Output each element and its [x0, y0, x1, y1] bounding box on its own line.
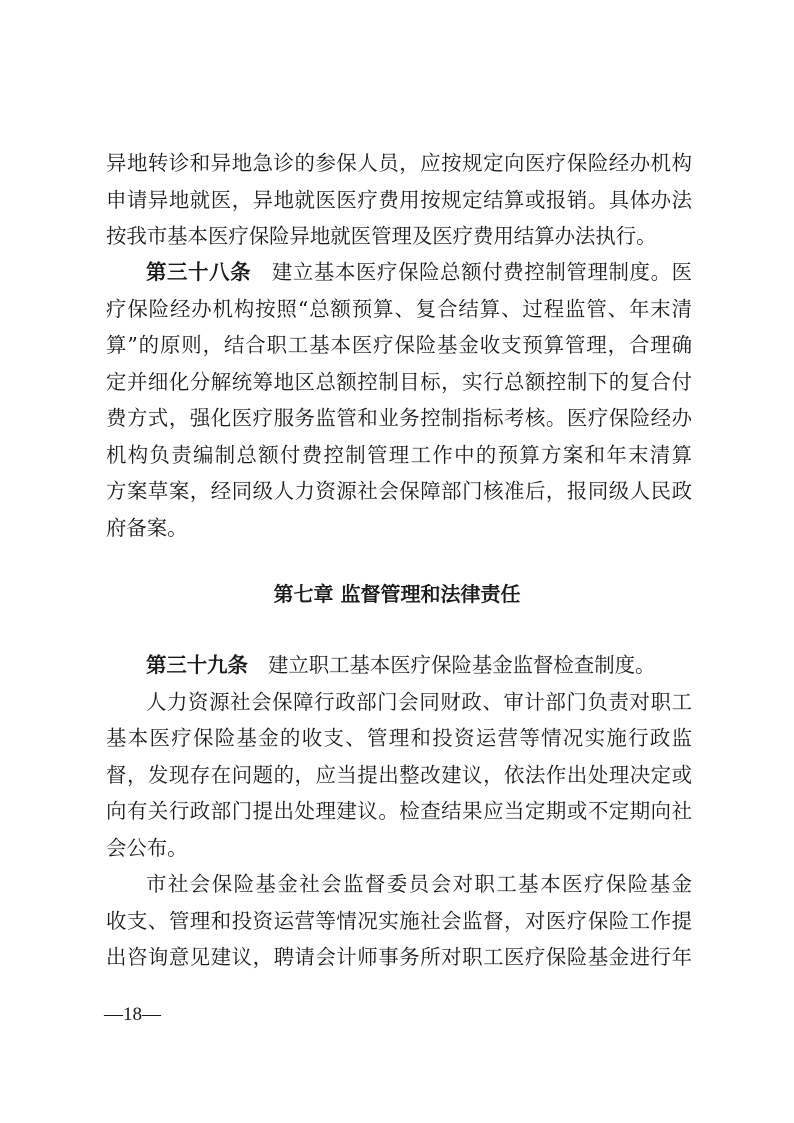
article-38-text: 建立基本医疗保险总额付费控制管理制度。医 [271, 260, 692, 284]
article-39-label: 第三十九条 [146, 653, 248, 677]
article-38-label: 第三十八条 [146, 260, 251, 284]
body-text-line: 督，发现存在问题的，应当提出整改建议，依法作出处理决定或 [106, 757, 692, 793]
document-page: 异地转诊和异地急诊的参保人员，应按规定向医疗保险经办机构 申请异地就医，异地就医… [0, 0, 794, 1123]
body-text-line: 向有关行政部门提出处理建议。检查结果应当定期或不定期向社 [106, 793, 692, 829]
body-text-line: 出咨询意见建议，聘请会计师事务所对职工医疗保险基金进行年 [106, 939, 692, 975]
body-text-line: 算”的原则，结合职工基本医疗保险基金收支预算管理，合理确 [106, 327, 692, 363]
body-text-line: 人力资源社会保障行政部门会同财政、审计部门负责对职工 [146, 684, 692, 720]
article-39-text: 建立职工基本医疗保险基金监督检查制度。 [268, 653, 655, 677]
body-text-line: 市社会保险基金社会监督委员会对职工基本医疗保险基金 [146, 866, 692, 902]
article-39-first-line: 第三十九条建立职工基本医疗保险基金监督检查制度。 [146, 647, 692, 683]
article-38-first-line: 第三十八条建立基本医疗保险总额付费控制管理制度。医 [146, 254, 692, 290]
body-text-line: 申请异地就医，异地就医医疗费用按规定结算或报销。具体办法 [106, 182, 692, 218]
page-number: —18— [104, 1001, 161, 1029]
body-text-line: 费方式，强化医疗服务监管和业务控制指标考核。医疗保险经办 [106, 400, 692, 436]
body-text-line: 收支、管理和投资运营等情况实施社会监督，对医疗保险工作提 [106, 903, 692, 939]
body-text-line: 府备案。 [106, 510, 692, 546]
body-text-line: 方案草案，经同级人力资源社会保障部门核准后，报同级人民政 [106, 473, 692, 509]
body-text-line: 按我市基本医疗保险异地就医管理及医疗费用结算办法执行。 [106, 218, 692, 254]
body-text-line: 定并细化分解统筹地区总额控制目标，实行总额控制下的复合付 [106, 364, 692, 400]
body-text-line: 异地转诊和异地急诊的参保人员，应按规定向医疗保险经办机构 [106, 145, 692, 181]
body-text-line: 疗保险经办机构按照“总额预算、复合结算、过程监管、年末清 [106, 291, 692, 327]
body-text-line: 机构负责编制总额付费控制管理工作中的预算方案和年末清算 [106, 437, 692, 473]
chapter-heading: 第七章 监督管理和法律责任 [0, 576, 794, 612]
body-text-line: 基本医疗保险基金的收支、管理和投资运营等情况实施行政监 [106, 720, 692, 756]
body-text-line: 会公布。 [106, 830, 692, 866]
